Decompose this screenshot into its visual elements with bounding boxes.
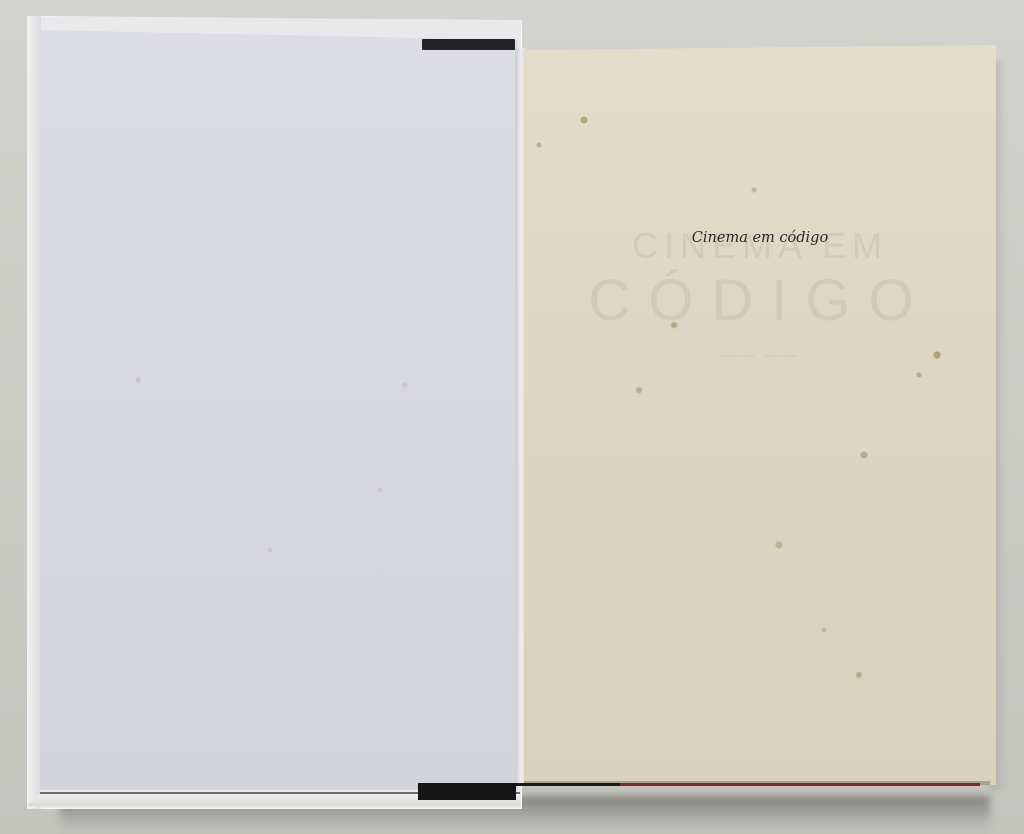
show-through-text-main: CÓDIGO — [524, 267, 996, 334]
left-endpaper — [40, 30, 518, 790]
photo-scene: CINEMA EM CÓDIGO —— —— Cinema em código — [0, 0, 1024, 834]
back-cover-red-edge — [620, 783, 980, 786]
show-through-text-sub: —— —— — [524, 347, 996, 365]
dust-jacket-bottom-edge — [418, 783, 516, 800]
half-title-text: Cinema em código — [524, 230, 996, 246]
half-title-page: CINEMA EM CÓDIGO —— —— Cinema em código — [524, 45, 996, 785]
cover-turn-in-edge — [27, 16, 41, 809]
show-through-text-top: CINEMA EM — [524, 225, 996, 267]
spine-bottom-black — [516, 783, 620, 786]
dust-jacket-top-edge — [422, 39, 515, 50]
